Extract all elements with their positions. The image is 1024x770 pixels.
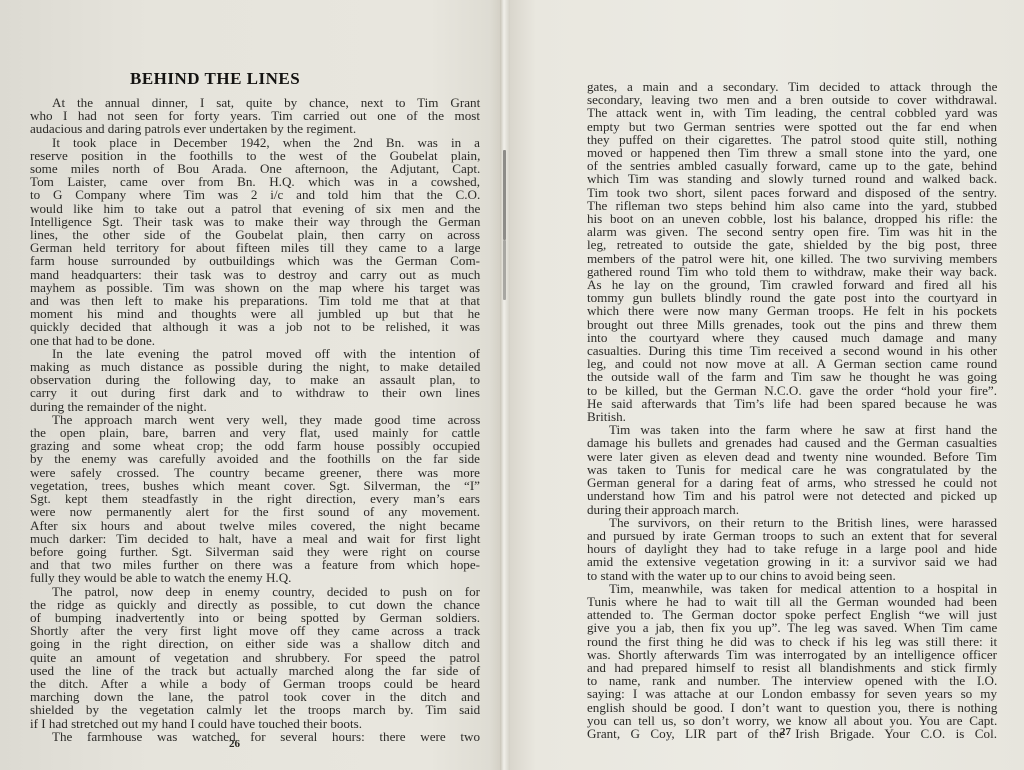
right-page: gates, a main and a secondary. Tim decid…: [505, 0, 1024, 770]
text-line: one that had to be done.: [30, 334, 480, 347]
text-line: brought out three Mills grenades, took o…: [587, 318, 997, 331]
text-line: which there were now many German troops.…: [587, 304, 997, 317]
text-line: during the remainder of the night.: [30, 400, 480, 413]
text-line: used the line of the track but actually …: [30, 664, 480, 677]
text-line: empty but two German sentries were spott…: [587, 120, 997, 133]
text-line: which Tim was standing and slowly turned…: [587, 172, 997, 185]
text-line: Grant, G Coy, LIR part of the Irish Brig…: [587, 727, 997, 740]
text-line: english should be good. I don’t want to …: [587, 701, 997, 714]
text-line: saying: I was attache at our London emba…: [587, 687, 997, 700]
text-line: to stand with the water up to our chins …: [587, 569, 997, 582]
text-line: if I had stretched out my hand I could h…: [30, 717, 480, 730]
text-line: quickly decided that although it was a j…: [30, 320, 480, 333]
text-line: much darker: Tim decided to halt, have a…: [30, 532, 480, 545]
text-line: mand headquarters: their task was to des…: [30, 268, 480, 281]
text-line: going in the right direction, on either …: [30, 637, 480, 650]
text-line: by the enemy was carefully avoided and t…: [30, 452, 480, 465]
page-number-right: 27: [780, 726, 791, 738]
text-line: were now permanently alert for the first…: [30, 505, 480, 518]
text-line: the ridge as quickly and directly as pos…: [30, 598, 480, 611]
text-line: to be killed, but the German N.C.O. gave…: [587, 384, 997, 397]
binding-staple: [503, 150, 506, 240]
left-page-body-text: At the annual dinner, I sat, quite by ch…: [30, 96, 480, 743]
text-line: was. Shortly afterwards Tim was interrog…: [587, 648, 997, 661]
left-page: BEHIND THE LINES At the annual dinner, I…: [0, 0, 505, 770]
right-page-body-text: gates, a main and a secondary. Tim decid…: [587, 80, 997, 740]
text-line: Tim took two short, silent paces forward…: [587, 186, 997, 199]
binding-staple: [503, 240, 506, 300]
page-number-left: 26: [229, 738, 240, 750]
text-line: After six hours and about twelve miles c…: [30, 519, 480, 532]
text-line: The patrol, now deep in enemy country, d…: [30, 585, 480, 598]
text-line: during their approach march.: [587, 503, 997, 516]
text-line: carry it out during first dark and to wi…: [30, 386, 480, 399]
text-line: amid the extensive vegetation growing in…: [587, 555, 997, 568]
text-line: the outside wall of the farm and Tim saw…: [587, 370, 997, 383]
text-line: farm house surrounded by outbuildings wh…: [30, 254, 480, 267]
text-line: give you a jab, then fix you up”. The le…: [587, 621, 997, 634]
text-line: were safely crossed. The country became …: [30, 466, 480, 479]
text-line: He said afterwards that Tim’s life had b…: [587, 397, 997, 410]
text-line: understand how Tim and his patrol were n…: [587, 489, 997, 502]
text-line: would like him to take out a patrol that…: [30, 202, 480, 215]
text-line: leg, retreated to outside the gate, shie…: [587, 238, 997, 251]
text-line: to G Company where Tim was 2 i/c and tol…: [30, 188, 480, 201]
text-line: quite an amount of vegetation and shrubb…: [30, 651, 480, 664]
text-line: audacious and daring patrols ever undert…: [30, 122, 480, 135]
text-line: The attack went in, with Tim leading, th…: [587, 106, 997, 119]
text-line: The farmhouse was watched for several ho…: [30, 730, 480, 743]
book-spread: BEHIND THE LINES At the annual dinner, I…: [0, 0, 1024, 770]
text-line: were later given as eleven dead and twen…: [587, 450, 997, 463]
book-gutter: [500, 0, 510, 770]
article-title: BEHIND THE LINES: [130, 69, 430, 89]
text-line: Tim, meanwhile, was taken for medical at…: [587, 582, 997, 595]
text-line: The survivors, on their return to the Br…: [587, 516, 997, 529]
text-line: members of the patrol were hit, one kill…: [587, 252, 997, 265]
text-line: you can tell us, so don’t worry, we know…: [587, 714, 997, 727]
text-line: round the first thing he did was to chec…: [587, 635, 997, 648]
text-line: shielded by the vegetation calmly let th…: [30, 703, 480, 716]
text-line: fully they would be able to watch the en…: [30, 571, 480, 584]
text-line: It took place in December 1942, when the…: [30, 136, 480, 149]
text-line: damage his bullets and grenades had caus…: [587, 436, 997, 449]
